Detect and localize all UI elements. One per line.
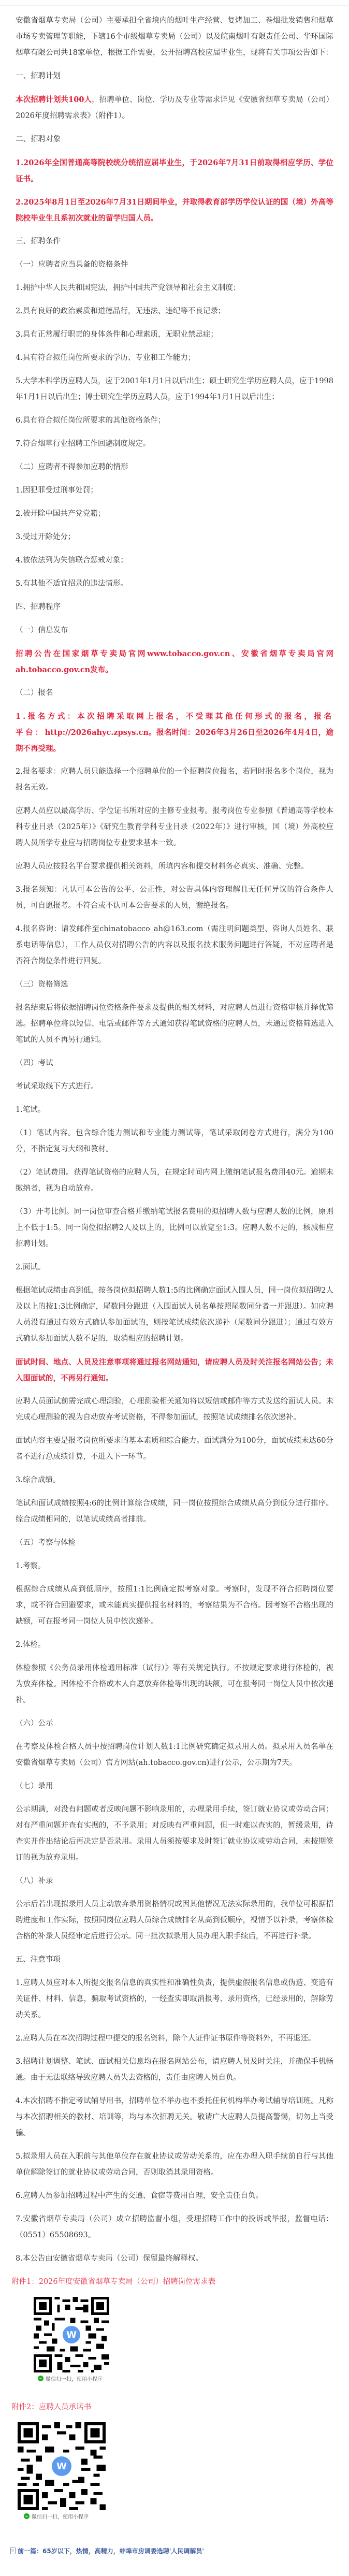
subsection-heading-info: （一）信息发布: [16, 623, 333, 639]
target-item: 2.2025年8月1日至2026年7月31日期间毕业，并取得教育部学历学位认证的…: [16, 194, 333, 226]
signup-paragraph: 4.报名咨询：请发邮件至chinatobacco_ah@163.com（需注明问…: [16, 921, 333, 969]
attachment-2-qr-block: W ∞ 微信扫一扫，使用小程序: [18, 2422, 333, 2526]
signup-paragraph: 2.报名要求：应聘人员只能选择一个招聘单位的一个招聘岗位报名，若同时报名多个岗位…: [16, 764, 333, 796]
wechat-mini-program-icon: ∞: [24, 2513, 30, 2519]
qualification-item: 2.具有良好的政治素质和道德品行，无违法、违纪等不良记录；: [16, 303, 333, 320]
note-item: 8.本公告由安徽省烟草专卖局（公司）保留最终解释权。: [16, 2251, 333, 2267]
previous-article-title[interactable]: 前一篇：65岁以下，热情，高精力，蚌埠市房调委选聘'人民调解员': [18, 2546, 204, 2555]
total-score-paragraph: 笔试和面试成绩按照4:6的比例计算综合成绩，同一岗位按照综合成绩从高分到低分进行…: [16, 1496, 333, 1528]
note-item: 1.应聘人员应对本人所提交报名信息的真实性和准确性负责，提供虚假报名信息或伪造、…: [16, 1975, 333, 2023]
wps-logo-icon: W: [63, 2326, 80, 2343]
intro-paragraph: 安徽省烟草专卖局（公司）主要承担全省境内的烟叶生产经营、复烤加工、卷烟批发销售和…: [16, 13, 333, 61]
exam-intro: 考试采取线下方式进行。: [16, 1079, 333, 1095]
note-item: 3.招聘计划调整、笔试、面试相关信息均在报名网站公布，请应聘人员及时关注，并确保…: [16, 2054, 333, 2086]
subsection-heading-exam: （四）考试: [16, 1055, 333, 1072]
interview-paragraph: 面试内容主要是报考岗位所要求的基本素质和综合能力。面试满分为100分，面试成绩未…: [16, 1433, 333, 1465]
signup-platform-and-time: http://2026ahyc.zpsys.cn。报名时间：2026年3月26日…: [16, 728, 333, 753]
interview-paragraph: 应聘人员面试前需完成心理测验，心理测验相关通知将以短信或邮件等方式发送给面试人员…: [16, 1394, 333, 1426]
qr-logo: W: [61, 2324, 82, 2345]
signup-method-paragraph: 1.报名方式：本次招聘采取网上报名，不受理其他任何形式的报名，报名平台：http…: [16, 708, 333, 757]
qualification-item: 7.符合烟草行业招聘工作回避制度规定。: [16, 436, 333, 452]
section-heading-conditions: 三、招聘条件: [16, 234, 333, 250]
note-item: 4.本次招聘不指定考试辅导用书，招聘单位不举办也不委托任何机构举办考试辅导培训班…: [16, 2093, 333, 2141]
hire-paragraph: 公示期满，对没有问题或者反映问题不影响录用的，办理录用手续，签订就业协议或劳动合…: [16, 1802, 333, 1866]
signup-paragraph: 3.报名须知：凡认可本公告的公平、公正性，对公告具体内容理解且无任何异议的符合条…: [16, 882, 333, 914]
written-exam-item: （1）笔试内容。包含综合能力测试和专业能力测试等，笔试采取闭卷方式进行，满分为1…: [16, 1125, 333, 1157]
subsection-heading-check: （五）考察与体检: [16, 1535, 333, 1551]
plan-highlight: 本次招聘计划共100人: [16, 95, 92, 104]
exclusion-item: 2.被开除中国共产党党籍；: [16, 506, 333, 522]
qr-logo: W: [50, 2455, 73, 2478]
target-item: 1.2026年全国普通高等院校统分统招应届毕业生，于2026年7月31日前取得相…: [16, 155, 333, 187]
supplement-paragraph: 公示后若出现拟录用人员主动放弃录用资格情况或因其他情况无法实际录用的，我单位可根…: [16, 1897, 333, 1945]
attachment-2-title[interactable]: 附件2：应聘人员承诺书: [11, 2399, 333, 2415]
qualification-item: 6.具有符合拟任岗位所要求的其他资格条件；: [16, 413, 333, 429]
attachment-1-title[interactable]: 附件1：2026年度安徽省烟草专卖局（公司）招聘岗位需求表: [11, 2274, 333, 2290]
section-heading-targets: 二、招聘对象: [16, 132, 333, 148]
qr-caption-text: 微信扫一扫，使用小程序: [46, 2375, 103, 2382]
note-item: 7.安徽省烟草专卖局（公司）成立招聘监督小组，受理招聘工作中的投诉或举报，监督电…: [16, 2211, 333, 2244]
subsection-heading-hire: （七）录用: [16, 1778, 333, 1794]
qualification-item: 4.具有符合拟任岗位所要求的学历、专业和工作能力；: [16, 350, 333, 366]
plan-paragraph: 本次招聘计划共100人，招聘单位、岗位、学历及专业等需求详见《安徽省烟草专卖局（…: [16, 92, 333, 124]
qualification-item: 1.拥护中华人民共和国宪法，拥护中国共产党领导和社会主义制度；: [16, 280, 333, 296]
info-release-paragraph: 招聘公告在国家烟草专卖局官网www.tobacco.gov.cn、安徽省烟草专卖…: [16, 646, 333, 678]
subsection-heading-supplement: （八）补录: [16, 1873, 333, 1889]
subsection-heading-qualifications: （一）应聘者应当具备的资格条件: [16, 257, 333, 273]
signup-paragraph: 应聘人员应按报名平台要求提供相关资料，所填内容和提交材料务必真实、准确、完整。: [16, 859, 333, 875]
qualification-item: 5.大学本科学历应聘人员，应于2001年1月1日以后出生；硕士研究生学历应聘人员…: [16, 373, 333, 406]
publicity-paragraph: 在考察及体检合格人员中按招聘岗位计划人数1:1比例研究确定拟录用人员。拟录用人员…: [16, 1739, 333, 1771]
previous-article-link[interactable]: 前一篇：65岁以下，热情，高精力，蚌埠市房调委选聘'人民调解员': [10, 2546, 333, 2555]
medical-paragraph: 体检参照《公务员录用体检通用标准（试行）》等有关规定执行。不按规定要求进行体检的…: [16, 1660, 333, 1709]
section-heading-notes: 五、注意事项: [16, 1952, 333, 1968]
interview-paragraph: 根据笔试成绩由高到低，按各岗位拟招聘人数1:5的比例确定面试入围人员，同一岗位拟…: [16, 1283, 333, 1347]
written-exam-item: （2）笔试费用。获得笔试资格的应聘人员，在规定时间内网上缴纳笔试报名费用40元。…: [16, 1165, 333, 1197]
exclusion-item: 3.受过开除处分；: [16, 529, 333, 545]
qr-code: W ∞ 微信扫一扫，使用小程序: [34, 2297, 109, 2389]
section-heading-procedure: 四、招聘程序: [16, 599, 333, 615]
top-divider: [0, 0, 349, 6]
written-exam-heading: 1.笔试。: [16, 1102, 333, 1118]
qr-code: W ∞ 微信扫一扫，使用小程序: [18, 2422, 106, 2526]
written-exam-item: （3）开考比例。同一岗位审查合格并缴纳笔试报名费用的拟招聘人数与应聘人数的比例，…: [16, 1204, 333, 1252]
section-heading-plan: 一、招聘计划: [16, 68, 333, 84]
inspection-heading: 1.考察。: [16, 1558, 333, 1574]
subsection-heading-publicity: （六）公示: [16, 1716, 333, 1732]
exclusion-item: 1.因犯罪受过刑事处罚；: [16, 483, 333, 499]
attachment-1-qr-block: W ∞ 微信扫一扫，使用小程序: [34, 2297, 333, 2389]
subsection-heading-signup: （二）报名: [16, 685, 333, 701]
wps-logo-icon: W: [52, 2456, 71, 2476]
article-body: 安徽省烟草专卖局（公司）主要承担全省境内的烟叶生产经营、复烤加工、卷烟批发销售和…: [0, 6, 349, 2576]
qr-caption: ∞ 微信扫一扫，使用小程序: [34, 2375, 109, 2382]
exclusion-item: 5.有其他不适宜招录的违法情形。: [16, 576, 333, 592]
subsection-heading-screening: （三）资格筛选: [16, 977, 333, 993]
exclusion-item: 4.被依法列为失信联合惩戒对象；: [16, 553, 333, 569]
qr-caption: ∞ 微信扫一扫，使用小程序: [18, 2512, 106, 2520]
screening-paragraph: 报名结束后将依据招聘岗位资格条件要求及提供的相关材料，对应聘人员进行资格审核并择…: [16, 1000, 333, 1048]
note-item: 6.应聘人员参加招聘过程中产生的交通、食宿等费用自理，安全责任自负。: [16, 2188, 333, 2204]
document-icon: [10, 2548, 16, 2554]
interview-heading: 2.面试。: [16, 1260, 333, 1276]
qr-caption-text: 微信扫一扫，使用小程序: [32, 2512, 89, 2520]
qualification-item: 3.具有正常履行职责的身体条件和心理素质，无职业禁忌症；: [16, 327, 333, 343]
interview-notice: 面试时间、地点、人员及注意事项将通过报名网站通知，请应聘人员及时关注报名网站公告…: [16, 1354, 333, 1386]
wechat-mini-program-icon: ∞: [38, 2376, 43, 2381]
note-item: 2.应聘人员在本次招聘过程中提交的报名资料，除个人证件证书原件等资料外，不再退还…: [16, 2031, 333, 2047]
note-item: 5.拟录用人员在入职前与其他单位存在就业协议或劳动关系的，应在办理入职手续前自行…: [16, 2149, 333, 2181]
inspection-paragraph: 根据综合成绩从高到低顺序，按照1:1比例确定拟考察对象。考察时，发现不符合招聘岗…: [16, 1582, 333, 1630]
medical-heading: 2.体检。: [16, 1637, 333, 1653]
bottom-spacer: [16, 2555, 333, 2571]
subsection-heading-exclusions: （二）应聘者不得参加应聘的情形: [16, 459, 333, 475]
total-score-heading: 3.综合成绩。: [16, 1472, 333, 1488]
signup-paragraph: 应聘人员应以最高学历、学位证书所对应的主修专业报考。报考岗位专业参照《普通高等学…: [16, 803, 333, 851]
